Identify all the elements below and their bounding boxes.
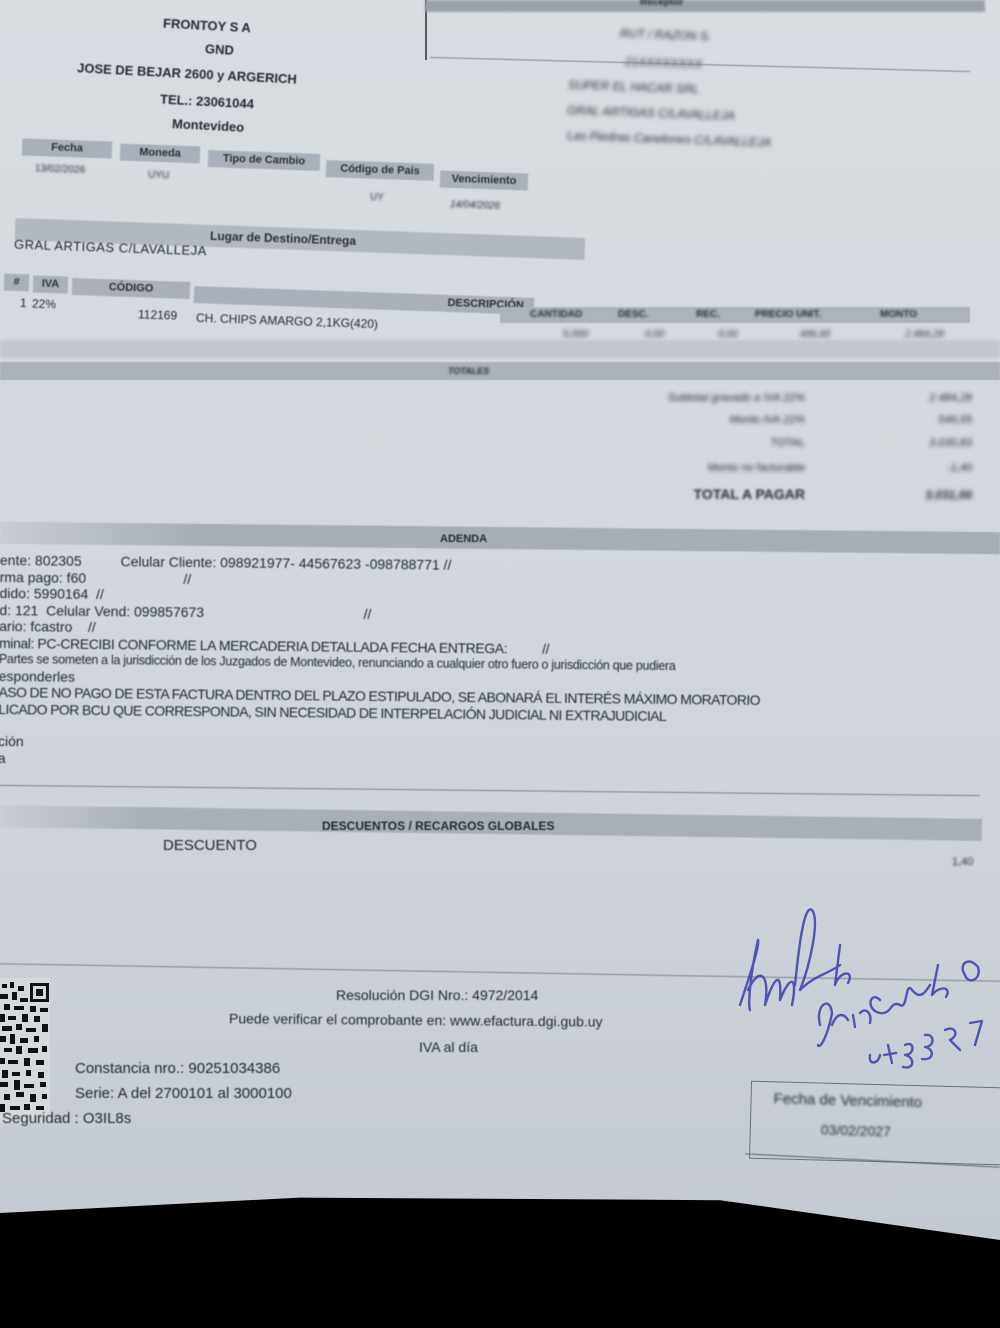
items-col-rec: REC. (696, 309, 720, 320)
footer-constancia: Constancia nro.: 90251034386 (75, 1060, 280, 1077)
item-rec: 0,00 (718, 329, 737, 340)
header-val-vencimiento: 14/04/2026 (450, 199, 500, 212)
items-col-desc: DESC. (618, 309, 649, 320)
issuer-city: Montevideo (172, 116, 245, 135)
totals-value-iva: 546,55 (938, 414, 972, 426)
issuer-branch: GND (205, 41, 235, 57)
items-col-codigo: CÓDIGO (72, 278, 191, 299)
totals-label-total: TOTAL (771, 437, 805, 449)
items-bottom-shade (0, 340, 1000, 358)
items-col-cantidad: CANTIDAD (530, 309, 582, 320)
items-col-monto: MONTO (880, 309, 917, 320)
item-iva: 22% (32, 297, 57, 312)
discount-value: 1,40 (952, 856, 973, 868)
header-col-codigo-pais: Código de País (326, 160, 435, 181)
item-num: 1 (20, 296, 27, 310)
due-date-box: Fecha de Vencimiento 03/02/2027 (749, 1081, 1000, 1166)
item-desc: 0,00 (645, 329, 664, 340)
item-precio: 496,85 (800, 329, 831, 340)
discounts-title: DESCUENTOS / RECARGOS GLOBALES (322, 819, 554, 833)
due-date-label: Fecha de Vencimiento (773, 1090, 922, 1111)
receptor-line-4: GRAL ARTIGAS C/LAVALLEJA (567, 103, 735, 123)
header-col-vencimiento: Vencimiento (440, 170, 529, 190)
issuer-name: FRONTOY S A (163, 16, 252, 36)
items-col-descripcion: DESCRIPCIÓN (194, 286, 534, 315)
footer-resolution: Resolución DGI Nro.: 4972/2014 (336, 987, 538, 1003)
discount-label: DESCUENTO (163, 837, 257, 854)
header-val-fecha: 13/02/2026 (35, 163, 85, 176)
items-col-iva: IVA (33, 275, 69, 293)
item-descripcion: CH. CHIPS AMARGO 2,1KG(420) (196, 311, 378, 331)
item-codigo: 112169 (138, 307, 178, 322)
qr-code-icon (0, 978, 50, 1123)
totals-label-subtotal: Subtotal gravado a IVA 22% (668, 392, 805, 404)
header-val-moneda: UYU (148, 170, 169, 182)
totals-label-iva: Monto IVA 22% (730, 414, 805, 426)
invoice-paper: FRONTOY S A GND JOSE DE BEJAR 2600 y ARG… (0, 0, 1000, 1285)
footer-serie: Serie: A del 2700101 al 3000100 (75, 1085, 292, 1102)
totals-label-no-facturable: Monto no facturable (708, 462, 805, 474)
totals-value-no-facturable: -1,40 (947, 462, 972, 474)
totals-title: TOTALES (448, 366, 489, 376)
receptor-line-5: Las Piedras Canelones C/LAVALLEJA (567, 128, 772, 149)
totals-value-total: 3.030,83 (929, 437, 972, 449)
signature-icon (720, 895, 1000, 1095)
receptor-header-band (425, 0, 985, 12)
footer-iva-status: IVA al día (419, 1039, 478, 1055)
item-cantidad: 5,000 (563, 329, 588, 340)
due-date-value: 03/02/2027 (821, 1122, 891, 1140)
header-col-moneda: Moneda (120, 144, 201, 164)
adenda-bottom-divider (0, 785, 980, 796)
issuer-address: JOSE DE BEJAR 2600 y ARGERICH (77, 60, 297, 86)
receptor-line-3: SUPER EL HACAR SRL (568, 78, 700, 97)
adenda-title: ADENDA (440, 533, 487, 545)
footer-seguridad: Seguridad : O3IL8s (2, 1110, 131, 1127)
adenda-body: ente: 802305 Celular Cliente: 098921977-… (0, 552, 761, 774)
footer-verify-link[interactable]: Puede verificar el comprobante en: www.e… (229, 1010, 603, 1029)
header-col-tipo-cambio: Tipo de Cambio (208, 150, 321, 171)
totals-label-pagar: TOTAL A PAGAR (694, 486, 805, 502)
totals-band (0, 362, 1000, 380)
items-col-num: # (4, 274, 30, 292)
header-col-fecha: Fecha (22, 138, 113, 158)
totals-value-subtotal: 2.484,28 (929, 392, 972, 404)
issuer-phone: TEL.: 23061044 (160, 92, 255, 112)
item-monto: 2.484,28 (905, 329, 944, 340)
destination-title: Lugar de Destino/Entrega (210, 229, 356, 248)
adenda-band (0, 522, 1000, 554)
items-col-precio: PRECIO UNIT. (755, 309, 821, 320)
totals-value-pagar: 3.031,00 (925, 488, 972, 502)
receptor-title: Receptor (640, 0, 683, 8)
header-val-pais: UY (370, 192, 384, 203)
